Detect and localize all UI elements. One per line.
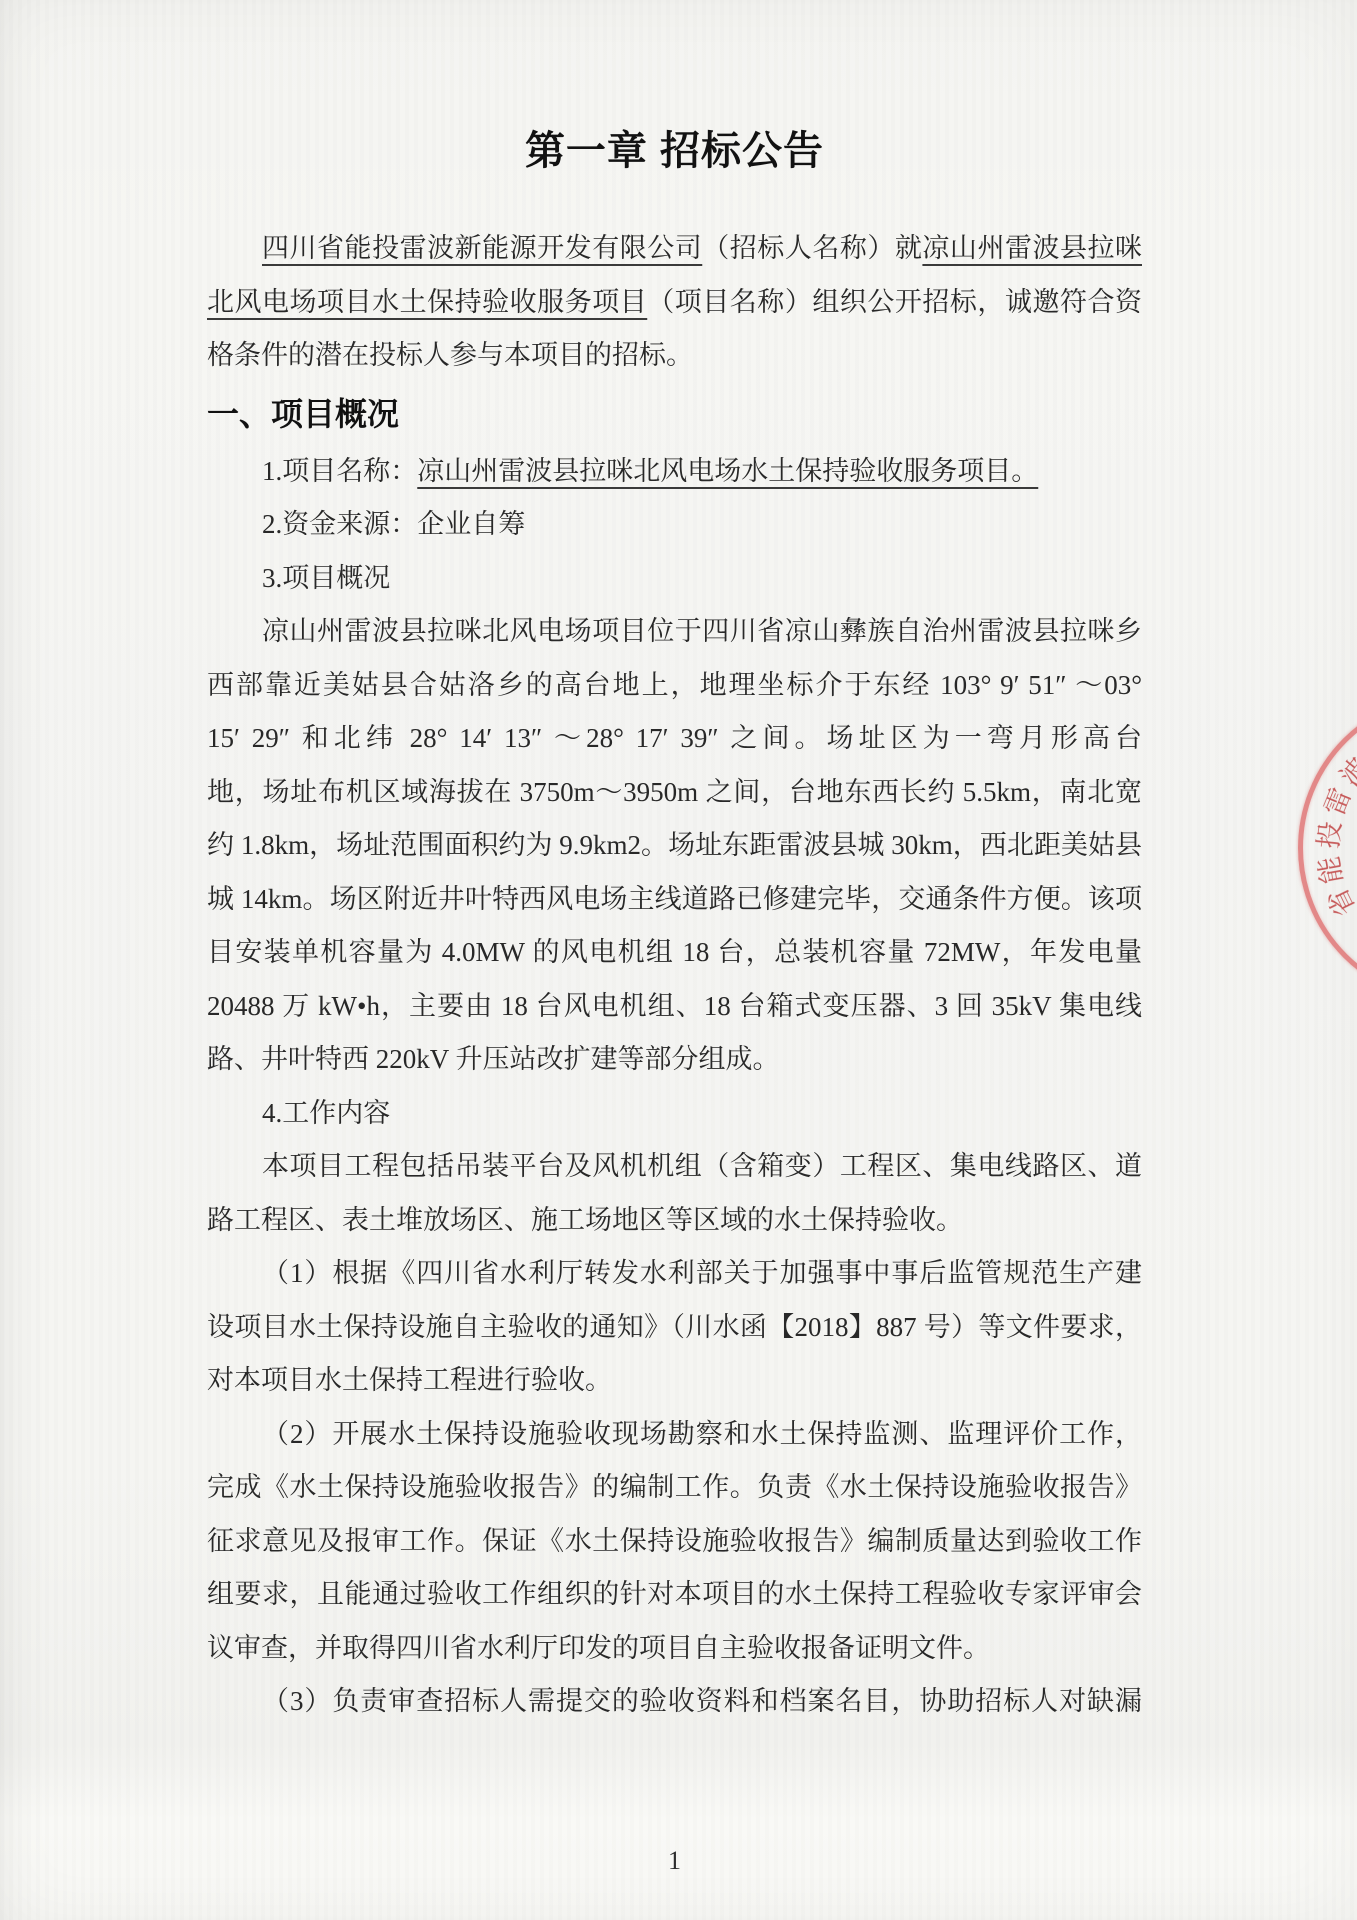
text-segment: （项目名称）组织公开招标，诚邀符合资 [647,287,1142,317]
section-heading: 一、项目概况 [207,383,1142,445]
text-segment: （招标人名称）就 [702,233,922,263]
text-line: 地，场址布机区域海拔在 3750m～3950m 之间，台地东西长约 5.5km，… [207,766,1142,820]
seal-character: 波 [1334,751,1357,793]
text-line: 路、井叶特西 220kV 升压站改扩建等部分组成。 [207,1033,1142,1087]
text-line: 组要求，且能通过验收工作组织的针对本项目的水土保持工程验收专家评审会 [207,1568,1142,1622]
text-line: 对本项目水土保持工程进行验收。 [207,1354,1142,1408]
text-line: （3）负责审查招标人需提交的验收资料和档案名目，协助招标人对缺漏 [207,1675,1142,1729]
text-line: 格条件的潜在投标人参与本项目的招标。 [207,329,1142,383]
seal-character: 省 [1322,882,1357,922]
seal-ring-icon [1298,693,1357,1003]
text-segment: 格条件的潜在投标人参与本项目的招标。 [207,340,693,370]
text-segment: 凉山州雷波县拉咪北风电场项目位于四川省凉山彝族自治州雷波县拉咪乡 [262,616,1142,646]
text-segment: （1）根据《四川省水利厅转发水利部关于加强事中事后监管规范生产建 [262,1258,1142,1288]
text-line: 议审查，并取得四川省水利厅印发的项目自主验收报备证明文件。 [207,1622,1142,1676]
text-line: 四川省能投雷波新能源开发有限公司（招标人名称）就凉山州雷波县拉咪 [207,222,1142,276]
underlined-text: 凉山州雷波县拉咪北风电场水土保持验收服务项目。 [417,456,1038,486]
text-segment: 目安装单机容量为 4.0MW 的风电机组 18 台，总装机容量 72MW，年发电… [207,937,1142,967]
text-segment: （2）开展水土保持设施验收现场勘察和水土保持监测、监理评价工作， [262,1419,1142,1449]
text-segment: 一、项目概况 [207,396,399,432]
text-segment: 设项目水土保持设施自主验收的通知》（川水函【2018】887 号）等文件要求， [207,1312,1142,1342]
text-segment: 20488 万 kW•h，主要由 18 台风电机组、18 台箱式变压器、3 回 … [207,991,1142,1021]
seal-character: 雷 [1318,782,1357,821]
text-segment: 约 1.8km，场址范围面积约为 9.9km2。场址东距雷波县城 30km，西北… [207,830,1142,860]
text-line: （1）根据《四川省水利厅转发水利部关于加强事中事后监管规范生产建 [207,1247,1142,1301]
text-line: 3.项目概况 [207,552,1142,606]
text-line: 西部靠近美姑县合姑洛乡的高台地上，地理坐标介于东经 103° 9′ 51″ ～0… [207,659,1142,713]
text-segment: 地，场址布机区域海拔在 3750m～3950m 之间，台地东西长约 5.5km，… [207,777,1142,807]
text-segment: 15′ 29″ 和北纬 28° 14′ 13″ ～28° 17′ 39″ 之间。… [207,723,1142,753]
text-line: 设项目水土保持设施自主验收的通知》（川水函【2018】887 号）等文件要求， [207,1301,1142,1355]
text-line: 2.资金来源：企业自筹 [207,498,1142,552]
text-line: 15′ 29″ 和北纬 28° 14′ 13″ ～28° 17′ 39″ 之间。… [207,712,1142,766]
text-segment: 4.工作内容 [262,1098,390,1128]
text-line: 约 1.8km，场址范围面积约为 9.9km2。场址东距雷波县城 30km，西北… [207,819,1142,873]
text-line: 路工程区、表土堆放场区、施工场地区等区域的水土保持验收。 [207,1194,1142,1248]
text-segment: 城 14km。场区附近井叶特西风电场主线道路已修建完毕，交通条件方便。该项 [207,884,1142,914]
text-line: 4.工作内容 [207,1087,1142,1141]
text-line: （2）开展水土保持设施验收现场勘察和水土保持监测、监理评价工作， [207,1408,1142,1462]
text-segment: 组要求，且能通过验收工作组织的针对本项目的水土保持工程验收专家评审会 [207,1579,1142,1609]
text-line: 目安装单机容量为 4.0MW 的风电机组 18 台，总装机容量 72MW，年发电… [207,926,1142,980]
text-segment: 完成《水土保持设施验收报告》的编制工作。负责《水土保持设施验收报告》 [207,1472,1142,1502]
text-line: 本项目工程包括吊装平台及风机机组（含箱变）工程区、集电线路区、道 [207,1140,1142,1194]
text-line: 凉山州雷波县拉咪北风电场项目位于四川省凉山彝族自治州雷波县拉咪乡 [207,605,1142,659]
document-page: 第一章 招标公告 四川省能投雷波新能源开发有限公司（招标人名称）就凉山州雷波县拉… [0,0,1357,1920]
text-segment: 本项目工程包括吊装平台及风机机组（含箱变）工程区、集电线路区、道 [262,1151,1142,1181]
text-segment: （3）负责审查招标人需提交的验收资料和档案名目，协助招标人对缺漏 [262,1686,1142,1716]
underlined-text: 四川省能投雷波新能源开发有限公司 [262,233,702,263]
text-segment: 西部靠近美姑县合姑洛乡的高台地上，地理坐标介于东经 103° 9′ 51″ ～0… [207,670,1142,700]
text-line: 城 14km。场区附近井叶特西风电场主线道路已修建完毕，交通条件方便。该项 [207,873,1142,927]
page-number: 1 [207,1846,1142,1876]
text-line: 北风电场项目水土保持验收服务项目（项目名称）组织公开招标，诚邀符合资 [207,276,1142,330]
text-segment: 2.资金来源：企业自筹 [262,509,525,539]
text-segment: 对本项目水土保持工程进行验收。 [207,1365,612,1395]
text-block: 第一章 招标公告 四川省能投雷波新能源开发有限公司（招标人名称）就凉山州雷波县拉… [207,126,1142,1729]
text-segment: 路工程区、表土堆放场区、施工场地区等区域的水土保持验收。 [207,1205,963,1235]
seal-character: 投 [1314,819,1347,852]
seal-character: 能 [1314,853,1349,888]
text-line: 征求意见及报审工作。保证《水土保持设施验收报告》编制质量达到验收工作 [207,1515,1142,1569]
underlined-text: 北风电场项目水土保持验收服务项目 [207,287,647,317]
text-line: 20488 万 kW•h，主要由 18 台风电机组、18 台箱式变压器、3 回 … [207,980,1142,1034]
text-segment: 1.项目名称： [262,456,417,486]
underlined-text: 凉山州雷波县拉咪 [922,233,1142,263]
text-segment: 路、井叶特西 220kV 升压站改扩建等部分组成。 [207,1044,780,1074]
text-lines: 四川省能投雷波新能源开发有限公司（招标人名称）就凉山州雷波县拉咪北风电场项目水土… [207,222,1142,1729]
text-segment: 议审查，并取得四川省水利厅印发的项目自主验收报备证明文件。 [207,1633,990,1663]
chapter-title: 第一章 招标公告 [207,126,1142,176]
text-segment: 3.项目概况 [262,563,390,593]
text-segment: 征求意见及报审工作。保证《水土保持设施验收报告》编制质量达到验收工作 [207,1526,1142,1556]
text-line: 完成《水土保持设施验收报告》的编制工作。负责《水土保持设施验收报告》 [207,1461,1142,1515]
text-line: 1.项目名称：凉山州雷波县拉咪北风电场水土保持验收服务项目。 [207,445,1142,499]
